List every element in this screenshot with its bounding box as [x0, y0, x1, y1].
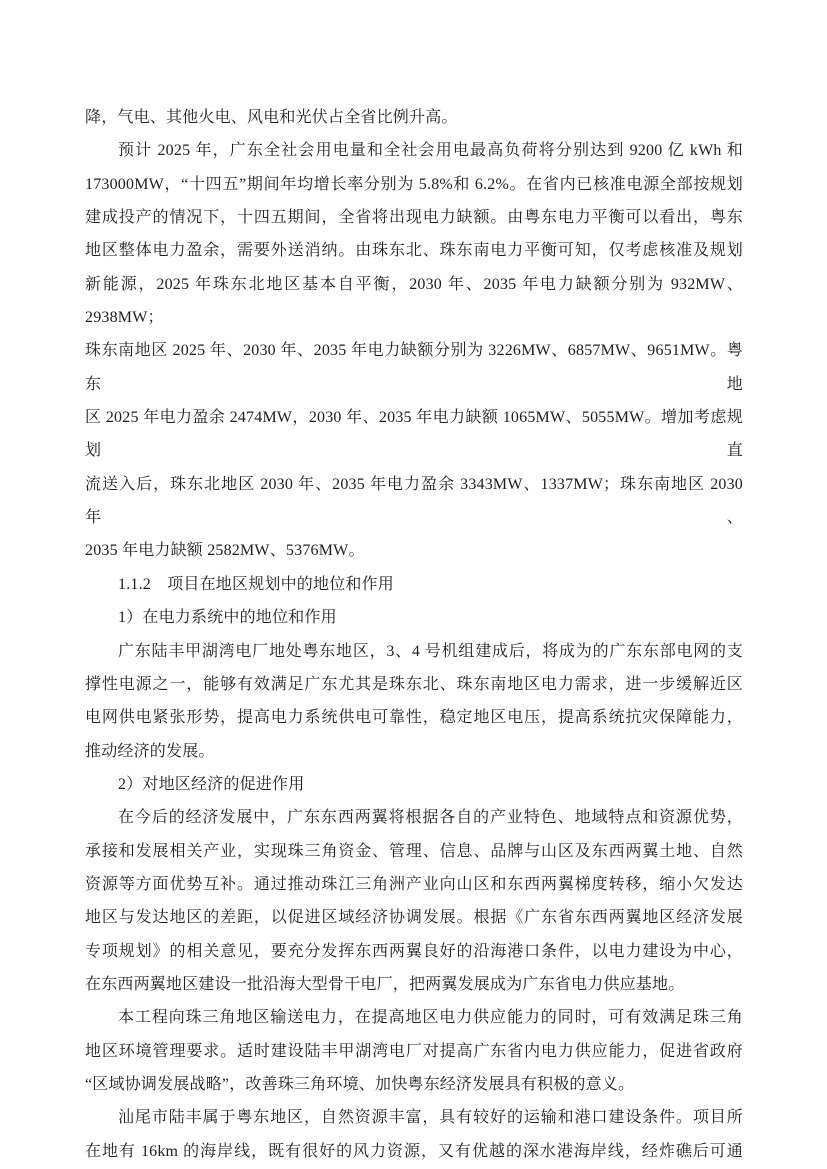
- paragraph-line: 广东陆丰甲湖湾电厂地处粤东地区，3、4 号机组建成后，将成为的广东东部电网的支: [85, 635, 743, 668]
- document-text-block: 降，气电、其他火电、风电和光伏占全省比例升高。 预计 2025 年，广东全社会用…: [85, 101, 743, 1168]
- paragraph-line: 地区与发达地区的差距，以促进区域经济协调发展。根据《广东省东西两翼地区经济发展: [85, 901, 743, 934]
- paragraph-line: 在东西两翼地区建设一批沿海大型骨干电厂，把两翼发展成为广东省电力供应基地。: [85, 968, 743, 1001]
- paragraph-line: 区 2025 年电力盈余 2474MW，2030 年、2035 年电力缺额 10…: [85, 401, 743, 468]
- paragraph-line: 地区环境管理要求。适时建设陆丰甲湖湾电厂对提高广东省内电力供应能力，促进省政府: [85, 1035, 743, 1068]
- subheading-2: 2）对地区经济的促进作用: [85, 768, 743, 801]
- paragraph-line: 173000MW，“十四五”期间年均增长率分别为 5.8%和 6.2%。在省内已…: [85, 168, 743, 201]
- paragraph-line: 承接和发展相关产业，实现珠三角资金、管理、信息、品牌与山区及东西两翼土地、自然: [85, 835, 743, 868]
- paragraph-line: 在地有 16km 的海岸线，既有很好的风力资源，又有优越的深水港海岸线，经炸礁后…: [85, 1135, 743, 1168]
- paragraph-line: 新能源，2025 年珠东北地区基本自平衡，2030 年、2035 年电力缺额分别…: [85, 268, 743, 335]
- paragraph-line: “区域协调发展战略”，改善珠三角环境、加快粤东经济发展具有积极的意义。: [85, 1068, 743, 1101]
- paragraph-line: 2035 年电力缺额 2582MW、5376MW。: [85, 534, 743, 567]
- paragraph-line: 电网供电紧张形势，提高电力系统供电可靠性，稳定地区电压，提高系统抗灾保障能力，: [85, 701, 743, 734]
- paragraph-line: 撑性电源之一，能够有效满足广东尤其是珠东北、珠东南地区电力需求，进一步缓解近区: [85, 668, 743, 701]
- paragraph-line: 推动经济的发展。: [85, 735, 743, 768]
- paragraph-line: 地区整体电力盈余，需要外送消纳。由珠东北、珠东南电力平衡可知，仅考虑核准及规划: [85, 234, 743, 267]
- document-page: 降，气电、其他火电、风电和光伏占全省比例升高。 预计 2025 年，广东全社会用…: [0, 0, 827, 1169]
- paragraph-line: 汕尾市陆丰属于粤东地区，自然资源丰富，具有较好的运输和港口建设条件。项目所: [85, 1101, 743, 1134]
- paragraph-line: 建成投产的情况下，十四五期间，全省将出现电力缺额。由粤东电力平衡可以看出，粤东: [85, 201, 743, 234]
- paragraph-line: 本工程向珠三角地区输送电力，在提高地区电力供应能力的同时，可有效满足珠三角: [85, 1001, 743, 1034]
- section-heading-1-1-2: 1.1.2 项目在地区规划中的地位和作用: [85, 568, 743, 601]
- paragraph-line: 资源等方面优势互补。通过推动珠江三角洲产业向山区和东西两翼梯度转移，缩小欠发达: [85, 868, 743, 901]
- paragraph-line: 降，气电、其他火电、风电和光伏占全省比例升高。: [85, 101, 743, 134]
- paragraph-line: 预计 2025 年，广东全社会用电量和全社会用电最高负荷将分别达到 9200 亿…: [85, 134, 743, 167]
- paragraph-line: 流送入后，珠东北地区 2030 年、2035 年电力盈余 3343MW、1337…: [85, 468, 743, 535]
- paragraph-line: 专项规划》的相关意见，要充分发挥东西两翼良好的沿海港口条件，以电力建设为中心，: [85, 935, 743, 968]
- paragraph-line: 珠东南地区 2025 年、2030 年、2035 年电力缺额分别为 3226MW…: [85, 334, 743, 401]
- subheading-1: 1）在电力系统中的地位和作用: [85, 601, 743, 634]
- paragraph-line: 在今后的经济发展中，广东东西两翼将根据各自的产业特色、地域特点和资源优势，: [85, 801, 743, 834]
